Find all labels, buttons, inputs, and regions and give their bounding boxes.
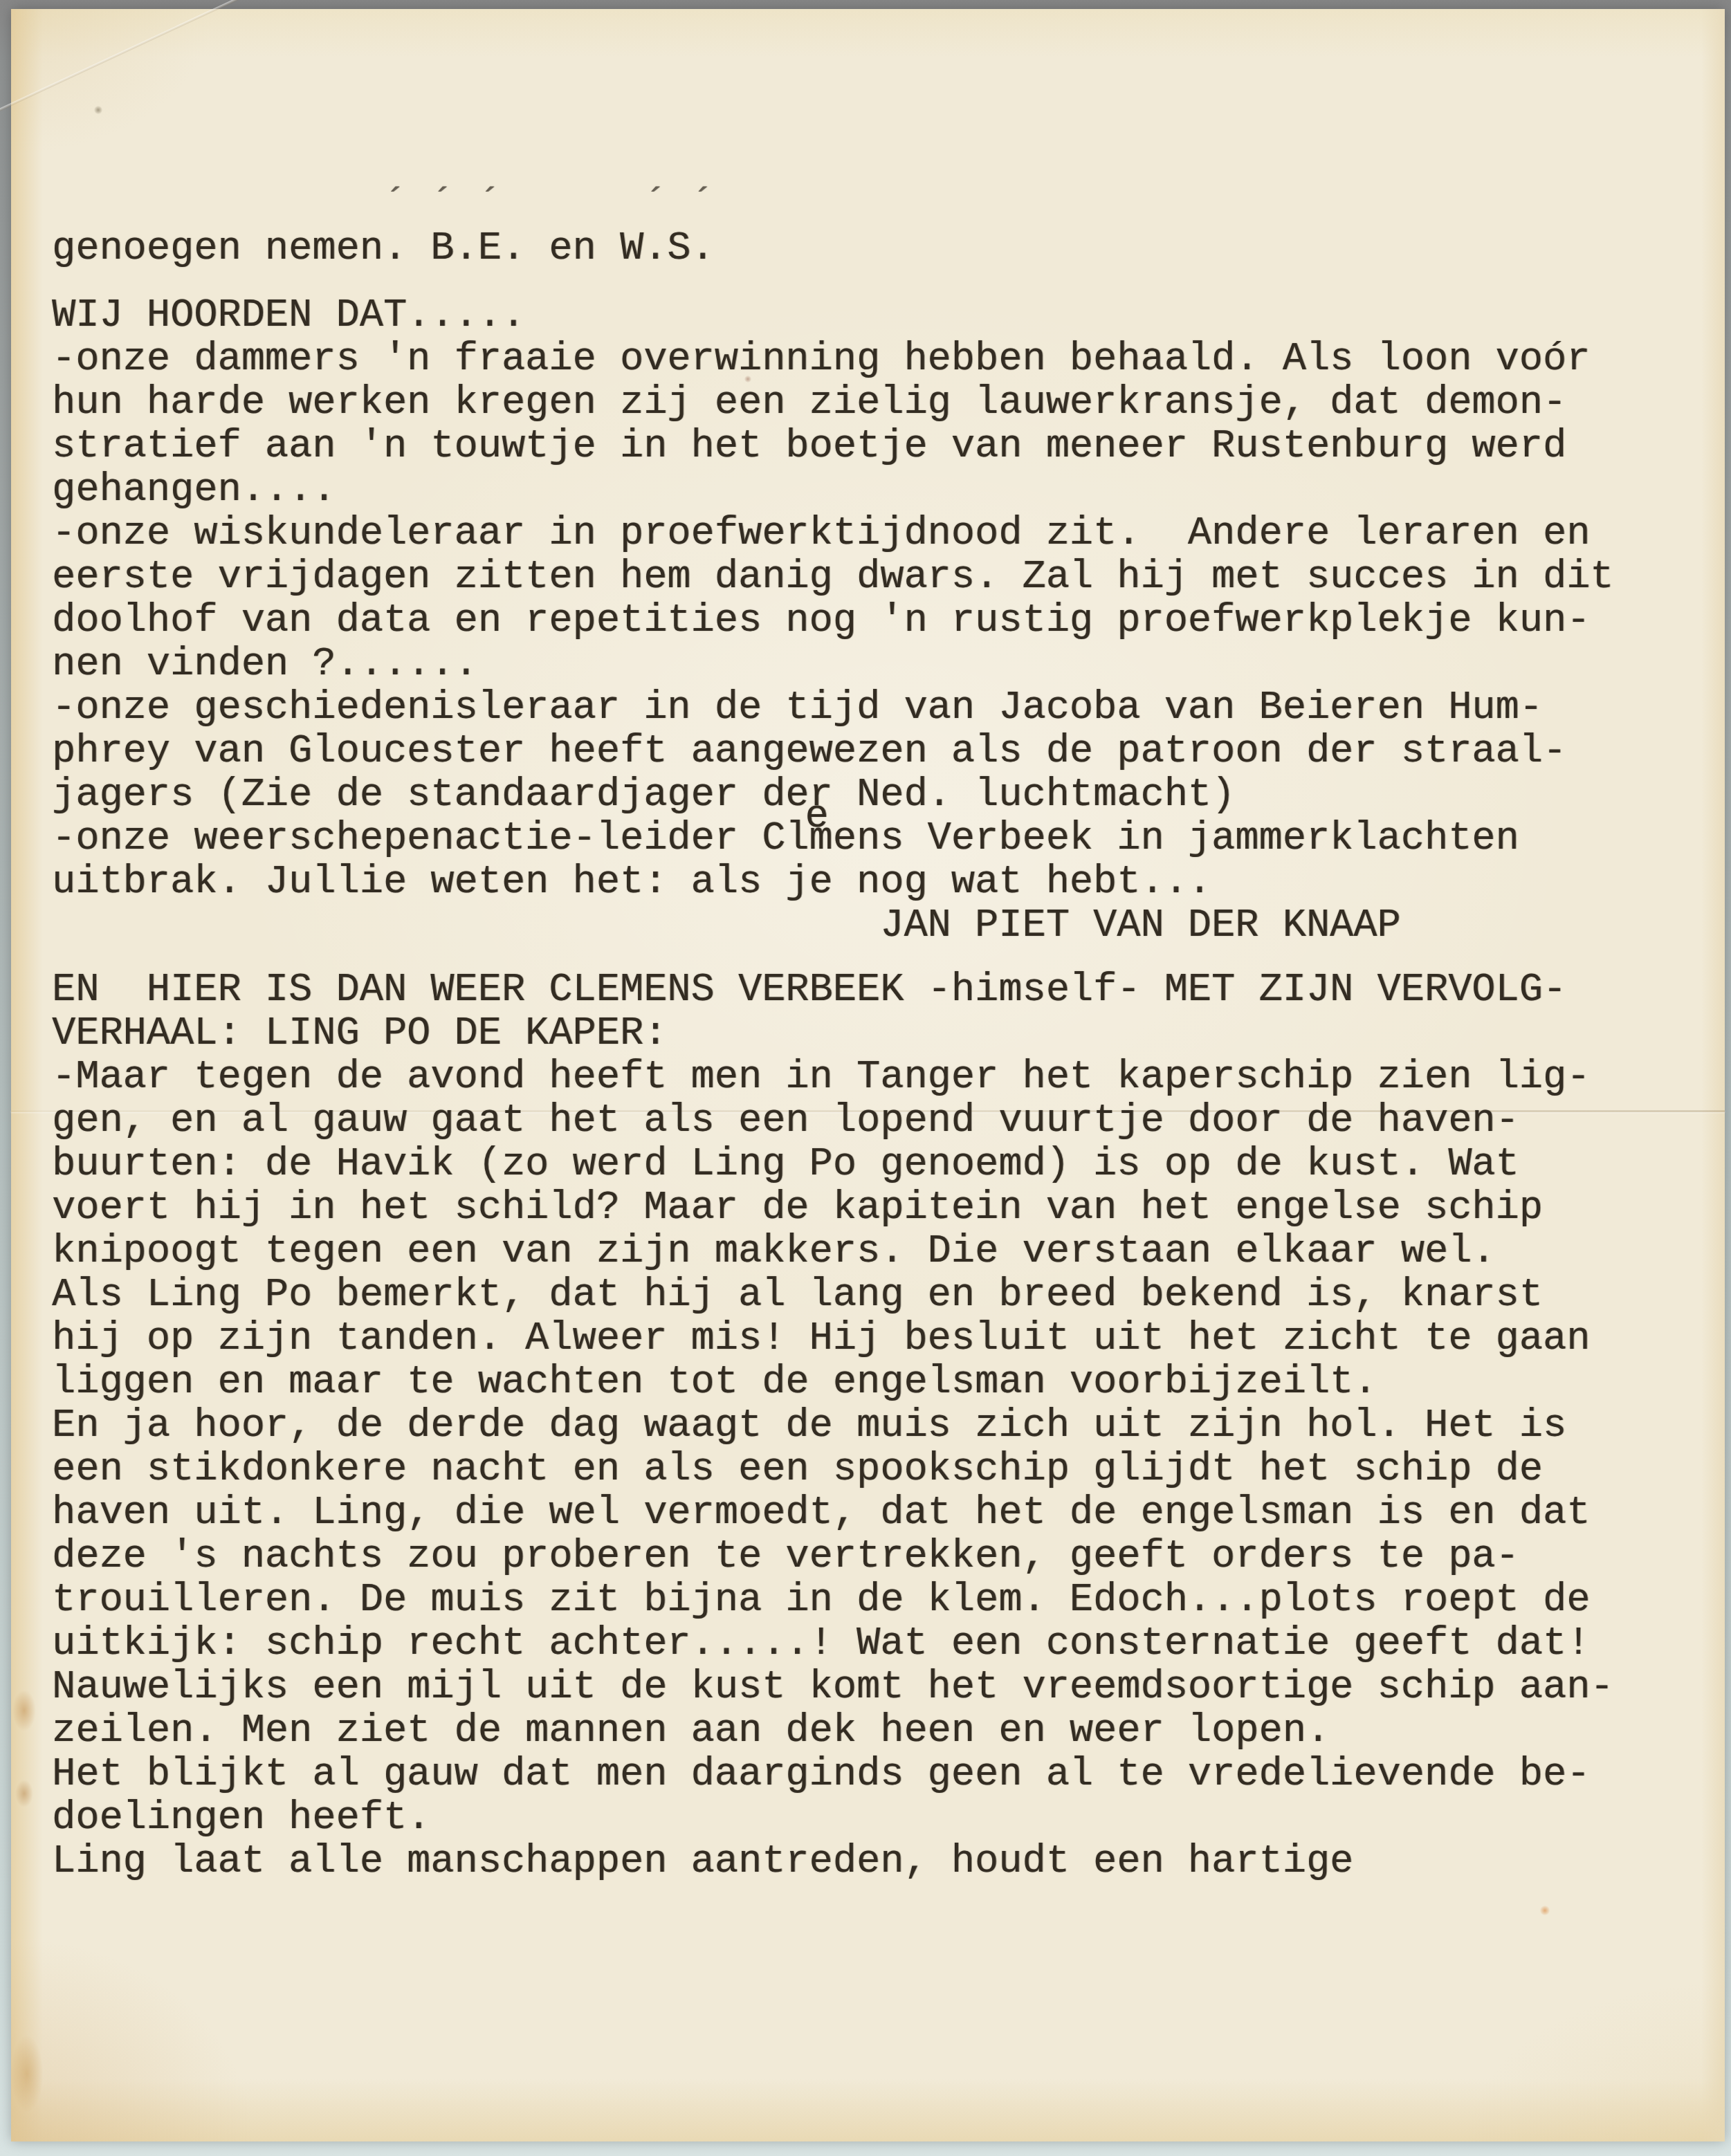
typed-line: Ling laat alle manschappen aantreden, ho… [52, 1841, 1711, 1884]
paper-speck [94, 106, 102, 114]
typed-line: Nauwelijks een mijl uit de kust komt het… [52, 1666, 1711, 1710]
typed-line: -onze geschiedenisleraar in de tijd van … [52, 687, 1711, 730]
typed-line: deze 's nachts zou proberen te vertrekke… [52, 1536, 1711, 1579]
typed-line: stratief aan 'n touwtje in het boetje va… [52, 425, 1711, 469]
typed-line-with-typo-correction: -onze weerschepenactie-leider Clemens Ve… [52, 818, 1711, 861]
paper-fold-crease-top-left [0, 0, 304, 116]
signature-jan-piet-van-der-knaap: JAN PIET VAN DER KNAAP [52, 905, 1711, 948]
typed-line: -onze wiskundeleraar in proefwerktijdnoo… [52, 513, 1711, 556]
typed-line: En ja hoor, de derde dag waagt de muis z… [52, 1405, 1711, 1448]
typed-line: trouilleren. De muis zit bijna in de kle… [52, 1579, 1711, 1623]
heading-vervolgverhaal: EN HIER IS DAN WEER CLEMENS VERBEEK -him… [52, 969, 1711, 1013]
paper-stain [12, 1690, 36, 1731]
typed-line: zeilen. Men ziet de mannen aan dek heen … [52, 1710, 1711, 1753]
typed-line: hij op zijn tanden. Alweer mis! Hij besl… [52, 1318, 1711, 1361]
line-text-pre: -onze weerschepenactie-leider Cl [52, 817, 809, 861]
typed-line: doolhof van data en repetities nog 'n ru… [52, 600, 1711, 643]
typed-line: uitbrak. Jullie weten het: als je nog wa… [52, 861, 1711, 905]
line-text-post: mens Verbeek in jammerklachten [809, 817, 1519, 861]
typed-line: nen vinden ?...... [52, 643, 1711, 687]
typed-line: hun harde werken kregen zij een zielig l… [52, 382, 1711, 425]
line-closing-initials: genoegen nemen. B.E. en W.S. [52, 228, 1711, 271]
typed-line: voert hij in het schild? Maar de kapitei… [52, 1187, 1711, 1231]
paper-stain [11, 2036, 43, 2112]
paper-stain [1540, 1906, 1550, 1915]
typed-line: liggen en maar te wachten tot de engelsm… [52, 1361, 1711, 1405]
typed-line: doelingen heeft. [52, 1797, 1711, 1841]
typed-line: gehangen.... [52, 469, 1711, 513]
typed-line: buurten: de Havik (zo werd Ling Po genoe… [52, 1143, 1711, 1187]
typed-line: knipoogt tegen een van zijn makkers. Die… [52, 1231, 1711, 1274]
paper-sheet: ´ ´ ´ ´ ´ genoegen nemen. B.E. en W.S. W… [11, 9, 1725, 2141]
typed-line: -Maar tegen de avond heeft men in Tanger… [52, 1056, 1711, 1100]
heading-wij-hoorden-dat: WIJ HOORDEN DAT..... [52, 295, 1711, 338]
typed-line: een stikdonkere nacht en als een spooksc… [52, 1448, 1711, 1492]
typed-line: jagers (Zie de standaardjager der Ned. l… [52, 774, 1711, 818]
typo-correction-letter: e [805, 795, 829, 839]
typed-line: haven uit. Ling, die wel vermoedt, dat h… [52, 1492, 1711, 1536]
line-stray-accent-marks: ´ ´ ´ ´ ´ [52, 184, 1711, 228]
typed-line: gen, en al gauw gaat het als een lopend … [52, 1100, 1711, 1143]
typed-line: Het blijkt al gauw dat men daarginds gee… [52, 1753, 1711, 1797]
scan-background: { "colors": { "paper": "#f1ead7", "ink":… [0, 0, 1731, 2156]
paper-stain [15, 1780, 33, 1807]
typed-line: phrey van Gloucester heeft aangewezen al… [52, 730, 1711, 774]
typed-line: uitkijk: schip recht achter.....! Wat ee… [52, 1623, 1711, 1666]
typed-line: eerste vrijdagen zitten hem danig dwars.… [52, 556, 1711, 600]
heading-ling-po-de-kaper: VERHAAL: LING PO DE KAPER: [52, 1013, 1711, 1056]
typed-line: -onze dammers 'n fraaie overwinning hebb… [52, 338, 1711, 382]
typed-text-block: ´ ´ ´ ´ ´ genoegen nemen. B.E. en W.S. W… [52, 184, 1711, 1884]
typed-line: Als Ling Po bemerkt, dat hij al lang en … [52, 1274, 1711, 1318]
